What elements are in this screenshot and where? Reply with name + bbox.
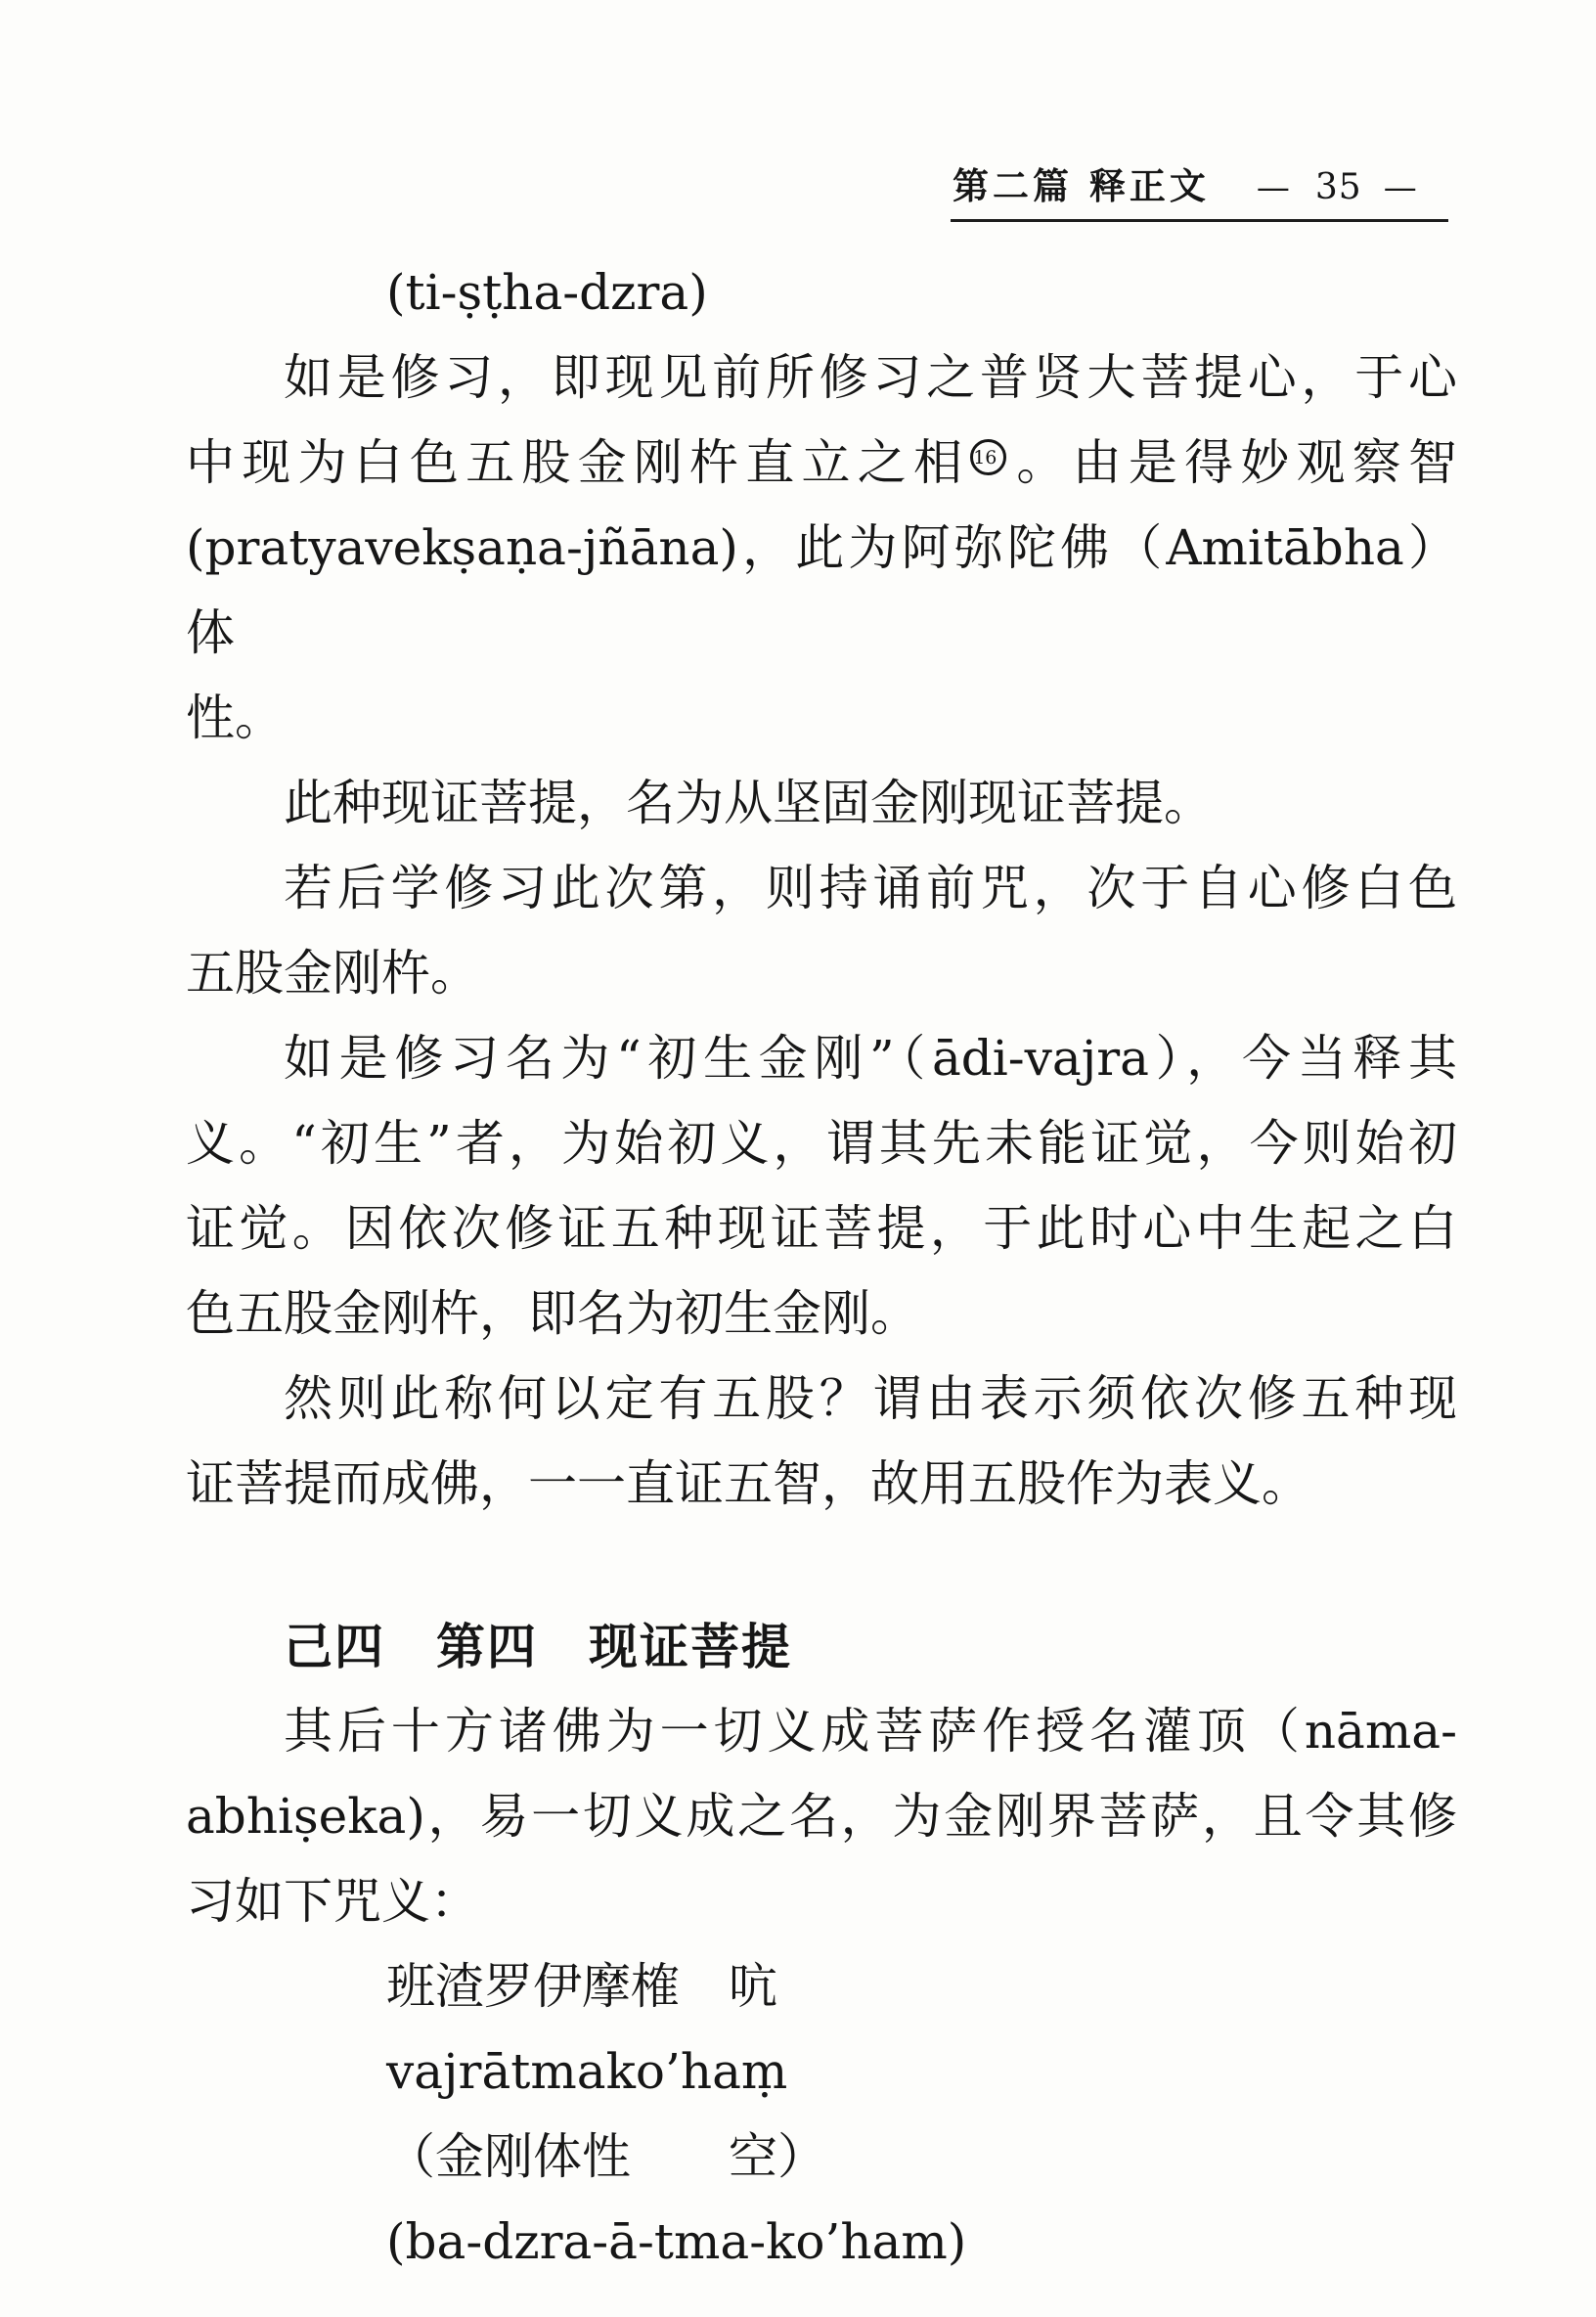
body-text: 中现为白色五股金刚杵直立之相	[186, 434, 969, 491]
mantra-line-syllables: (ba-dzra-ā-tma-ko’ham)	[386, 2200, 1457, 2285]
body-line: 如是修习名为“初生金刚”（ādi-vajra），今当释其	[186, 1016, 1457, 1101]
body-line-with-footnote: 中现为白色五股金刚杵直立之相16。由是得妙观察智	[186, 421, 1457, 506]
body-text: 。由是得妙观察智	[1009, 434, 1457, 491]
body-line: 此种现证菩提，名为从坚固金刚现证菩提。	[186, 761, 1457, 846]
body-line: 证觉。因依次修证五种现证菩提，于此时心中生起之白	[186, 1186, 1457, 1271]
body-line: 五股金刚杵。	[186, 931, 1457, 1016]
text-column: (ti-ṣṭha-dzra) 如是修习，即现见前所修习之普贤大菩提心，于心 中现…	[186, 0, 1457, 2285]
body-line: 如是修习，即现见前所修习之普贤大菩提心，于心	[186, 335, 1457, 421]
body-line: (pratyavekṣaṇa-jñāna)，此为阿弥陀佛（Amitābha）体	[186, 506, 1457, 676]
mantra-line-roman: vajrātmako’haṃ	[386, 2029, 1457, 2115]
section-heading: 己四 第四 现证菩提	[186, 1604, 1457, 1689]
body-line: 习如下咒义：	[186, 1859, 1457, 1944]
body-line: 性。	[186, 676, 1457, 761]
body-line: 义。“初生”者，为始初义，谓其先未能证觉，今则始初	[186, 1101, 1457, 1186]
body-line: 若后学修习此次第，则持诵前咒，次于自心修白色	[186, 846, 1457, 931]
body-line: 然则此称何以定有五股？谓由表示须依次修五种现	[186, 1357, 1457, 1442]
body-line: 其后十方诸佛为一切义成菩萨作授名灌顶（nāma-	[186, 1689, 1457, 1774]
transliteration-line: (ti-ṣṭha-dzra)	[386, 250, 1457, 335]
book-page-scan: 第二篇 释正文 — 35 — (ti-ṣṭha-dzra) 如是修习，即现见前所…	[0, 0, 1596, 2317]
mantra-line-chinese: 班渣罗伊摩榷 吭	[386, 1944, 1457, 2029]
body-line: abhiṣeka)，易一切义成之名，为金刚界菩萨，且令其修	[186, 1774, 1457, 1859]
mantra-line-gloss: （金刚体性 空）	[386, 2115, 1457, 2200]
body-line: 色五股金刚杵，即名为初生金刚。	[186, 1271, 1457, 1357]
body-line: 证菩提而成佛，一一直证五智，故用五股作为表义。	[186, 1442, 1457, 1527]
footnote-ref-16: 16	[970, 439, 1006, 475]
